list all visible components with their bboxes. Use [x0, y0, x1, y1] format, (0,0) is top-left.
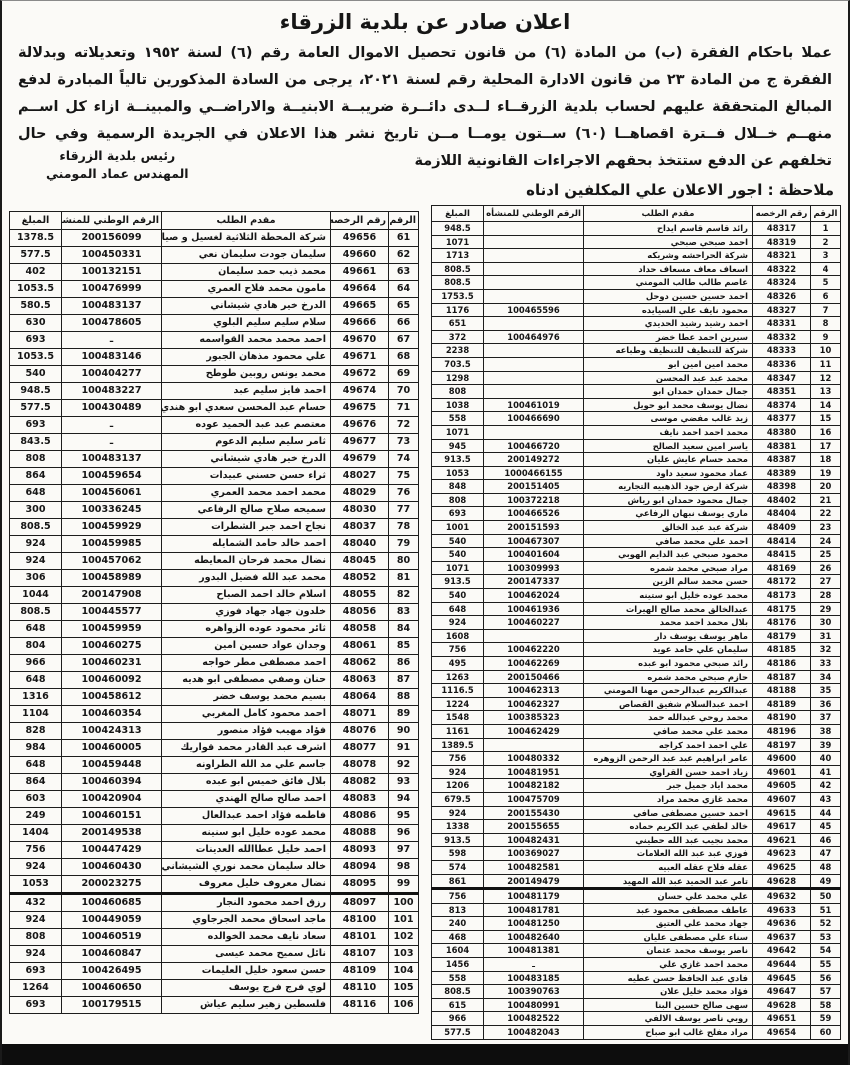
amount-cell: 1298: [432, 371, 484, 385]
national-id-cell: 100336245: [62, 502, 162, 519]
row-number-cell: 86: [389, 655, 419, 672]
applicant-name-cell: محمد حسام عايش عليان: [584, 453, 753, 467]
amount-cell: 1071: [432, 425, 484, 439]
applicant-name-cell: فؤاد مهيب فؤاد منصور: [162, 723, 331, 740]
table-row: 948332سيرين احمد عطا خضر100464976372: [432, 330, 841, 344]
amount-cell: 1224: [432, 697, 484, 711]
national-id-cell: 100459985: [62, 536, 162, 553]
applicant-name-cell: عماد محمود سعيد داود: [584, 466, 753, 480]
table-row: 9448083احمد صالح صالح الهندي100420904603: [10, 791, 419, 808]
license-number-cell: 48088: [331, 825, 389, 842]
amount-cell: 577.5: [10, 400, 62, 417]
amount-cell: 1604: [432, 944, 484, 958]
amount-cell: 924: [10, 536, 62, 553]
national-id-cell: 100445577: [62, 604, 162, 621]
table-row: 348321شركة الحراحشه وشريكه1713: [432, 249, 841, 263]
national-id-cell: 200147908: [62, 587, 162, 604]
table-row: 3148179ماهر يوسف يوسف دار1608: [432, 629, 841, 643]
national-id-cell: 100462429: [484, 724, 584, 738]
row-number-cell: 13: [811, 385, 841, 399]
license-number-cell: 48317: [753, 222, 811, 236]
applicant-name-cell: محمد عوده خليل ابو ستينه: [584, 589, 753, 603]
row-number-cell: 82: [389, 587, 419, 604]
table-row: 5749647فؤاد محمد خليل علان100390763808.5: [432, 985, 841, 999]
applicant-name-cell: ماري يوسف نبهان الرفاعي: [584, 507, 753, 521]
applicant-name-cell: زياد احمد حسن القراوي: [584, 765, 753, 779]
applicant-name-cell: محمد عبد عبد المحسن: [584, 371, 753, 385]
national-id-cell: 100467307: [484, 534, 584, 548]
applicant-name-cell: شركة للتنظيف للتنظيف وطباعه: [584, 344, 753, 358]
table-row: 7049674احمد فايز سليم عبد100483227948.5: [10, 383, 419, 400]
applicant-name-cell: بلال محمد احمد محمد: [584, 616, 753, 630]
license-number-cell: 49605: [753, 779, 811, 793]
column-header: مقدم الطلب: [162, 212, 331, 230]
amount-cell: 966: [432, 1012, 484, 1026]
charges-table-rows-1-60: الرقمرقم الرخصهمقدم الطلبالرقم الوطني لل…: [431, 205, 841, 1040]
row-number-cell: 63: [389, 264, 419, 281]
column-header: الرقم الوطني للمنشأه: [484, 206, 584, 222]
amount-cell: 648: [10, 621, 62, 638]
license-number-cell: 48175: [753, 602, 811, 616]
amount-cell: 948.5: [432, 222, 484, 236]
national-id-cell: [484, 222, 584, 236]
applicant-name-cell: احمد علي محمد صافي: [584, 534, 753, 548]
applicant-name-cell: محمد احمد محمد العمري: [162, 485, 331, 502]
amount-cell: 924: [10, 946, 62, 963]
applicant-name-cell: عاطف مصطفى محمود عبد: [584, 903, 753, 917]
applicant-name-cell: احمد حسين حسين دوحل: [584, 289, 753, 303]
license-number-cell: 48027: [331, 468, 389, 485]
row-number-cell: 103: [389, 946, 419, 963]
license-number-cell: 49633: [753, 903, 811, 917]
license-number-cell: 48037: [331, 519, 389, 536]
national-id-cell: 100466690: [484, 412, 584, 426]
row-number-cell: 1: [811, 222, 841, 236]
national-id-cell: 100390763: [484, 985, 584, 999]
amount-cell: 1316: [10, 689, 62, 706]
table-row: 8648062احمد مصطفى مطر خواجه100460231966: [10, 655, 419, 672]
amount-cell: 808: [432, 493, 484, 507]
amount-cell: 1071: [432, 561, 484, 575]
signature-name: المهندس عماد المومني: [46, 165, 189, 183]
row-number-cell: 50: [811, 889, 841, 904]
license-number-cell: 48374: [753, 398, 811, 412]
license-number-cell: 48169: [753, 561, 811, 575]
amount-cell: 693: [10, 997, 62, 1014]
applicant-name-cell: سميحه صلاح صالح الرفاعي: [162, 502, 331, 519]
header-row: الرقمرقم الرخصهمقدم الطلبالرقم الوطني لل…: [10, 212, 419, 230]
table-row: 548324عاصم طالب طالب المومني808.5: [432, 276, 841, 290]
row-number-cell: 36: [811, 697, 841, 711]
license-number-cell: 49676: [331, 417, 389, 434]
applicant-name-cell: عاصم طالب طالب المومني: [584, 276, 753, 290]
national-id-cell: 100483227: [62, 383, 162, 400]
national-id-cell: 200149538: [62, 825, 162, 842]
amount-cell: 1753.5: [432, 289, 484, 303]
license-number-cell: 48186: [753, 657, 811, 671]
license-number-cell: 48078: [331, 757, 389, 774]
license-number-cell: 49664: [331, 281, 389, 298]
national-id-cell: 100464976: [484, 330, 584, 344]
license-number-cell: 49623: [753, 847, 811, 861]
table-row: 6549665الدرخ خير هادي شيشاني100483137580…: [10, 298, 419, 315]
license-number-cell: 49632: [753, 889, 811, 904]
applicant-name-cell: ماجد اسحاق محمد الجرجاوي: [162, 912, 331, 929]
amount-cell: 402: [10, 264, 62, 281]
charges-tables: الرقمرقم الرخصهمقدم الطلبالرقم الوطني لل…: [9, 205, 841, 1040]
national-id-cell: 100482640: [484, 930, 584, 944]
amount-cell: 540: [432, 589, 484, 603]
row-number-cell: 22: [811, 507, 841, 521]
national-id-cell: [484, 385, 584, 399]
table-row: 3448187حازم صبحي محمد شمره2001504661263: [432, 670, 841, 684]
amount-cell: 808: [10, 929, 62, 946]
license-number-cell: 48398: [753, 480, 811, 494]
license-number-cell: 48409: [753, 521, 811, 535]
license-number-cell: 48336: [753, 357, 811, 371]
row-number-cell: 99: [389, 876, 419, 894]
national-id-cell: 100481781: [484, 903, 584, 917]
row-number-cell: 57: [811, 985, 841, 999]
amount-cell: 848: [432, 480, 484, 494]
national-id-cell: 100462313: [484, 684, 584, 698]
national-id-cell: 100372218: [484, 493, 584, 507]
national-id-cell: 100426495: [62, 963, 162, 980]
national-id-cell: 200149272: [484, 453, 584, 467]
amount-cell: 558: [432, 971, 484, 985]
row-number-cell: 58: [811, 998, 841, 1012]
row-number-cell: 79: [389, 536, 419, 553]
table-row: 10048097رزق احمد محمود النجار10046068543…: [10, 894, 419, 912]
row-number-cell: 93: [389, 774, 419, 791]
national-id-cell: 100460227: [484, 616, 584, 630]
applicant-name-cell: خالد لطفي عبد الكريم حماده: [584, 820, 753, 834]
license-number-cell: 48040: [331, 536, 389, 553]
license-number-cell: 49600: [753, 752, 811, 766]
row-number-cell: 17: [811, 439, 841, 453]
applicant-name-cell: سليمان علي حامد عويد: [584, 643, 753, 657]
national-id-cell: 100369027: [484, 847, 584, 861]
national-id-cell: [484, 371, 584, 385]
amount-cell: 1206: [432, 779, 484, 793]
license-number-cell: 48196: [753, 724, 811, 738]
applicant-name-cell: شركة المحطة الثلاثية لغسيل و صيانة السيا…: [162, 230, 331, 247]
national-id-cell: [484, 249, 584, 263]
applicant-name-cell: وجدان عواد حسين امين: [162, 638, 331, 655]
row-number-cell: 100: [389, 894, 419, 912]
row-number-cell: 92: [389, 757, 419, 774]
applicant-name-cell: بلال فائق خميس ابو عبده: [162, 774, 331, 791]
national-id-cell: 100401604: [484, 548, 584, 562]
amount-cell: 1548: [432, 711, 484, 725]
applicant-name-cell: فاطمه فؤاد احمد عبدالعال: [162, 808, 331, 825]
table-row: 3348186رائد صبحي محمود ابو عبده100462269…: [432, 657, 841, 671]
national-id-cell: 100482431: [484, 833, 584, 847]
amount-cell: 808.5: [10, 519, 62, 536]
table-row: 148317رائد قاسم قاسم ايداح948.5: [432, 222, 841, 236]
national-id-cell: 1000466155: [484, 466, 584, 480]
license-number-cell: 49670: [331, 332, 389, 349]
national-id-cell: [484, 629, 584, 643]
national-id-cell: 100460151: [62, 808, 162, 825]
amount-cell: 630: [10, 315, 62, 332]
applicant-name-cell: خالد سليمان محمد نوري الشيشاني: [162, 859, 331, 876]
applicant-name-cell: شركة ارض جود الذهبيه التجاريه: [584, 480, 753, 494]
national-id-cell: 100483146: [62, 349, 162, 366]
applicant-name-cell: نضال محمد فرحان المعايطه: [162, 553, 331, 570]
national-id-cell: [484, 276, 584, 290]
row-number-cell: 9: [811, 330, 841, 344]
amount-cell: 843.5: [10, 434, 62, 451]
national-id-cell: [484, 344, 584, 358]
row-number-cell: 70: [389, 383, 419, 400]
applicant-name-cell: محمد احمد احمد نايف: [584, 425, 753, 439]
row-number-cell: 53: [811, 930, 841, 944]
license-number-cell: 48380: [753, 425, 811, 439]
amount-cell: 1176: [432, 303, 484, 317]
row-number-cell: 33: [811, 657, 841, 671]
row-number-cell: 84: [389, 621, 419, 638]
row-number-cell: 94: [389, 791, 419, 808]
license-number-cell: 49665: [331, 298, 389, 315]
amount-cell: 598: [432, 847, 484, 861]
amount-cell: 924: [432, 616, 484, 630]
license-number-cell: 49636: [753, 917, 811, 931]
license-number-cell: 48179: [753, 629, 811, 643]
applicant-name-cell: عقله فلاح عقله العبيه: [584, 860, 753, 874]
table-row: 7249676معتصم عبد عبد الحميد عودهـ693: [10, 417, 419, 434]
amount-cell: 577.5: [432, 1026, 484, 1040]
national-id-cell: 100460231: [62, 655, 162, 672]
table-row: 3548188عبدالكريم عبدالرحمن مهنا المومني1…: [432, 684, 841, 698]
applicant-name-cell: الدرخ خير هادي شيشاني: [162, 298, 331, 315]
national-id-cell: 100482043: [484, 1026, 584, 1040]
license-number-cell: 48095: [331, 876, 389, 894]
table-row: 648326احمد حسين حسين دوحل1753.5: [432, 289, 841, 303]
amount-cell: 1608: [432, 629, 484, 643]
row-number-cell: 88: [389, 689, 419, 706]
national-id-cell: 100457062: [62, 553, 162, 570]
amount-cell: 580.5: [10, 298, 62, 315]
applicant-name-cell: ناصر يوسف محمد عثمان: [584, 944, 753, 958]
row-number-cell: 77: [389, 502, 419, 519]
national-id-cell: ـ: [62, 332, 162, 349]
national-id-cell: 100480991: [484, 998, 584, 1012]
table-row: 1948389عماد محمود سعيد داود1000466155105…: [432, 466, 841, 480]
amount-cell: 540: [432, 548, 484, 562]
table-row: 2748172حسن محمد سالم الزين200147337913.5: [432, 575, 841, 589]
charges-table-rows-61-106: الرقمرقم الرخصهمقدم الطلبالرقم الوطني لل…: [9, 211, 419, 1014]
national-id-cell: 200151593: [484, 521, 584, 535]
license-number-cell: 48377: [753, 412, 811, 426]
applicant-name-cell: بسيم محمد يوسف خضر: [162, 689, 331, 706]
applicant-name-cell: فوزي عبد عبد الله العلامات: [584, 847, 753, 861]
row-number-cell: 24: [811, 534, 841, 548]
license-number-cell: 48387: [753, 453, 811, 467]
table-row: 9348082بلال فائق خميس ابو عبده1004603948…: [10, 774, 419, 791]
row-number-cell: 64: [389, 281, 419, 298]
row-number-cell: 42: [811, 779, 841, 793]
license-number-cell: 49642: [753, 944, 811, 958]
row-number-cell: 23: [811, 521, 841, 535]
national-id-cell: 100465596: [484, 303, 584, 317]
national-id-cell: 100462220: [484, 643, 584, 657]
row-number-cell: 51: [811, 903, 841, 917]
national-id-cell: 100478605: [62, 315, 162, 332]
amount-cell: 603: [10, 791, 62, 808]
license-number-cell: 49637: [753, 930, 811, 944]
table-row: 9548086فاطمه فؤاد احمد عبدالعال100460151…: [10, 808, 419, 825]
row-number-cell: 45: [811, 820, 841, 834]
table-row: 3248185سليمان علي حامد عويد100462220756: [432, 643, 841, 657]
national-id-cell: 100459654: [62, 468, 162, 485]
national-id-cell: 100179515: [62, 997, 162, 1014]
table-row: 8148052محمد عبد الله فضيل البدور10045898…: [10, 570, 419, 587]
amount-cell: 864: [10, 774, 62, 791]
national-id-cell: 200023275: [62, 876, 162, 894]
applicant-name-cell: محمد نجيب عبد الله حطيني: [584, 833, 753, 847]
row-number-cell: 69: [389, 366, 419, 383]
amount-cell: 924: [432, 765, 484, 779]
license-number-cell: 49674: [331, 383, 389, 400]
national-id-cell: 100460354: [62, 706, 162, 723]
table-row: 4049600عامر ابراهيم عبد عبد الرحمن الزوه…: [432, 752, 841, 766]
applicant-name-cell: جمال حمدان حمدان ابو: [584, 385, 753, 399]
row-number-cell: 47: [811, 847, 841, 861]
table-row: 6149656شركة المحطة الثلاثية لغسيل و صيان…: [10, 230, 419, 247]
license-number-cell: 49628: [753, 874, 811, 889]
table-row: 6749670احمد محمد محمد القواسمهـ693: [10, 332, 419, 349]
table-row: 9848094خالد سليمان محمد نوري الشيشاني100…: [10, 859, 419, 876]
license-number-cell: 48321: [753, 249, 811, 263]
amount-cell: 1116.5: [432, 684, 484, 698]
national-id-cell: 100460519: [62, 929, 162, 946]
column-header: المبلغ: [10, 212, 62, 230]
amount-cell: 808.5: [432, 985, 484, 999]
license-number-cell: 49672: [331, 366, 389, 383]
national-id-cell: 100460275: [62, 638, 162, 655]
license-number-cell: 49671: [331, 349, 389, 366]
applicant-name-cell: محمد يونس روبين طوطح: [162, 366, 331, 383]
amount-cell: 1104: [10, 706, 62, 723]
national-id-cell: 100481951: [484, 765, 584, 779]
table-row: 5849628سهى صالح حسين البنا100480991615: [432, 998, 841, 1012]
row-number-cell: 21: [811, 493, 841, 507]
national-id-cell: [484, 738, 584, 752]
row-number-cell: 28: [811, 589, 841, 603]
license-number-cell: 48381: [753, 439, 811, 453]
charges-table-left-wrap: الرقمرقم الرخصهمقدم الطلبالرقم الوطني لل…: [9, 211, 419, 1014]
license-number-cell: 49607: [753, 792, 811, 806]
amount-cell: 1161: [432, 724, 484, 738]
national-id-cell: 100430489: [62, 400, 162, 417]
license-number-cell: 48063: [331, 672, 389, 689]
row-number-cell: 96: [389, 825, 419, 842]
row-number-cell: 95: [389, 808, 419, 825]
applicant-name-cell: احمد مصطفى مطر خواجه: [162, 655, 331, 672]
applicant-name-cell: عبدالخالق محمد صالح الهيرات: [584, 602, 753, 616]
license-number-cell: 48347: [753, 371, 811, 385]
row-number-cell: 14: [811, 398, 841, 412]
license-number-cell: 48061: [331, 638, 389, 655]
table-row: 9648088محمد عوده خليل ابو سنينه200149538…: [10, 825, 419, 842]
license-number-cell: 48331: [753, 317, 811, 331]
national-id-cell: ـ: [62, 434, 162, 451]
row-number-cell: 43: [811, 792, 841, 806]
applicant-name-cell: محمد روحي عبدالله حمد: [584, 711, 753, 725]
national-id-cell: 100385323: [484, 711, 584, 725]
amount-cell: 808: [10, 451, 62, 468]
row-number-cell: 71: [389, 400, 419, 417]
amount-cell: 495: [432, 657, 484, 671]
row-number-cell: 90: [389, 723, 419, 740]
note-line: ملاحظة : اجور الاعلان علي المكلفين ادناه: [2, 181, 834, 199]
national-id-cell: 100481381: [484, 944, 584, 958]
header-row: الرقمرقم الرخصهمقدم الطلبالرقم الوطني لل…: [432, 206, 841, 222]
national-id-cell: 200156099: [62, 230, 162, 247]
row-number-cell: 102: [389, 929, 419, 946]
applicant-name-cell: اسعاف معاف مسعاف حداد: [584, 262, 753, 276]
applicant-name-cell: محمد احمد غازي علي: [584, 958, 753, 972]
amount-cell: 945: [432, 439, 484, 453]
amount-cell: 808.5: [10, 604, 62, 621]
applicant-name-cell: رائد صبحي محمود ابو عبده: [584, 657, 753, 671]
table-row: 6649666سلام سليم سليم البلوي100478605630: [10, 315, 419, 332]
applicant-name-cell: جاسم علي مد الله الطراونه: [162, 757, 331, 774]
table-row: 1848387محمد حسام عايش عليان200149272913.…: [432, 453, 841, 467]
applicant-name-cell: احمد محمد محمد القواسمه: [162, 332, 331, 349]
license-number-cell: 48116: [331, 997, 389, 1014]
applicant-name-cell: احمد صبحي صبحي: [584, 235, 753, 249]
amount-cell: 924: [10, 912, 62, 929]
national-id-cell: 100404277: [62, 366, 162, 383]
table-row: 448322اسعاف معاف مسعاف حداد808.5: [432, 262, 841, 276]
national-id-cell: 200155655: [484, 820, 584, 834]
table-row: 1548377زيد غالب مفضي موسى100466690558: [432, 412, 841, 426]
page-title: اعلان صادر عن بلدية الزرقاء: [2, 10, 848, 34]
applicant-name-cell: حنان وصفي مصطفى ابو هديه: [162, 672, 331, 689]
national-id-cell: 100466720: [484, 439, 584, 453]
national-id-cell: 100460685: [62, 894, 162, 912]
row-number-cell: 15: [811, 412, 841, 426]
national-id-cell: 100460005: [62, 740, 162, 757]
amount-cell: 648: [10, 672, 62, 689]
row-number-cell: 37: [811, 711, 841, 725]
amount-cell: 1044: [10, 587, 62, 604]
license-number-cell: 48322: [753, 262, 811, 276]
table-row: 5049632علي محمد علي حسان100481179756: [432, 889, 841, 904]
amount-cell: 693: [432, 507, 484, 521]
national-id-cell: 100483185: [484, 971, 584, 985]
national-id-cell: 100458989: [62, 570, 162, 587]
row-number-cell: 59: [811, 1012, 841, 1026]
table-row: 10648116فلسطين زهير سليم عياش10017951569…: [10, 997, 419, 1014]
license-number-cell: 48056: [331, 604, 389, 621]
amount-cell: 372: [432, 330, 484, 344]
national-id-cell: 100450331: [62, 247, 162, 264]
table-row: 4549617خالد لطفي عبد الكريم حماده2001556…: [432, 820, 841, 834]
applicant-name-cell: شركة عبد عبد الخالق: [584, 521, 753, 535]
table-row: 8348056خلدون جهاد جهاد فوزي100445577808.…: [10, 604, 419, 621]
amount-cell: 1389.5: [432, 738, 484, 752]
national-id-cell: 100459959: [62, 621, 162, 638]
applicant-name-cell: احمد فايز سليم عبد: [162, 383, 331, 400]
applicant-name-cell: عامر ابراهيم عبد عبد الرحمن الزوهره: [584, 752, 753, 766]
license-number-cell: 49675: [331, 400, 389, 417]
applicant-name-cell: ثراء حسن حسني عبيدات: [162, 468, 331, 485]
column-header: الرقم: [811, 206, 841, 222]
table-row: 2548415محمود صبحي عبد الدايم الهوبي10040…: [432, 548, 841, 562]
